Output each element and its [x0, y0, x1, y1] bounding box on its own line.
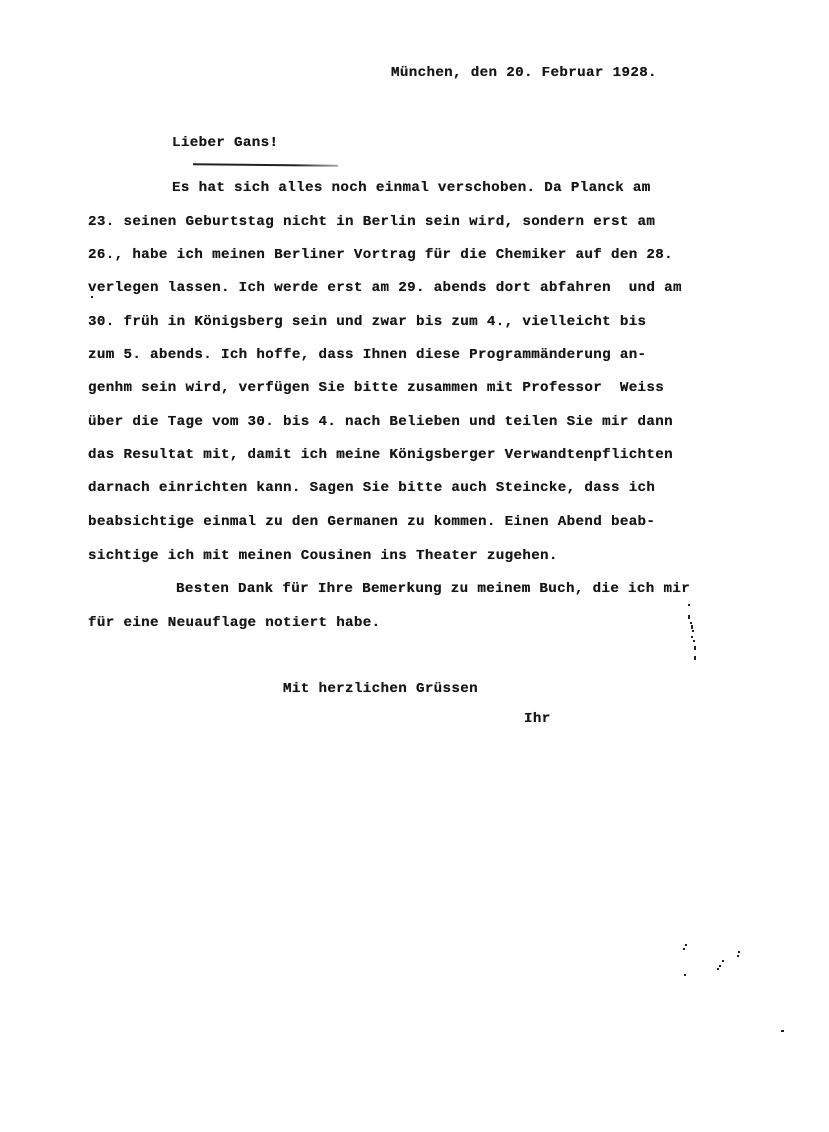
body-line: für eine Neuauflage notiert habe. — [88, 616, 381, 630]
letter-page: München, den 20. Februar 1928. Lieber Ga… — [0, 0, 829, 1132]
salutation-underline — [193, 163, 338, 167]
body-line: verlegen lassen. Ich werde erst am 29. a… — [88, 281, 682, 295]
body-line: sichtige ich mit meinen Cousinen ins The… — [88, 549, 558, 563]
date-line: München, den 20. Februar 1928. — [391, 66, 657, 80]
body-line: 23. seinen Geburtstag nicht in Berlin se… — [88, 215, 655, 229]
body-line: beabsichtige einmal zu den Germanen zu k… — [88, 515, 655, 529]
body-line: 26., habe ich meinen Berliner Vortrag fü… — [88, 248, 673, 262]
body-line: genhm sein wird, verfügen Sie bitte zusa… — [88, 381, 664, 395]
body-line: Besten Dank für Ihre Bemerkung zu meinem… — [176, 582, 690, 596]
closing: Mit herzlichen Grüssen — [283, 682, 478, 696]
body-line: Es hat sich alles noch einmal verschoben… — [172, 181, 651, 195]
body-line: 30. früh in Königsberg sein und zwar bis… — [88, 315, 646, 329]
body-line: über die Tage vom 30. bis 4. nach Belieb… — [88, 415, 673, 429]
body-line: zum 5. abends. Ich hoffe, dass Ihnen die… — [88, 348, 646, 362]
body-line: das Resultat mit, damit ich meine Königs… — [88, 448, 673, 462]
signoff: Ihr — [524, 712, 551, 726]
salutation: Lieber Gans! — [172, 136, 278, 150]
body-line: darnach einrichten kann. Sagen Sie bitte… — [88, 481, 655, 495]
